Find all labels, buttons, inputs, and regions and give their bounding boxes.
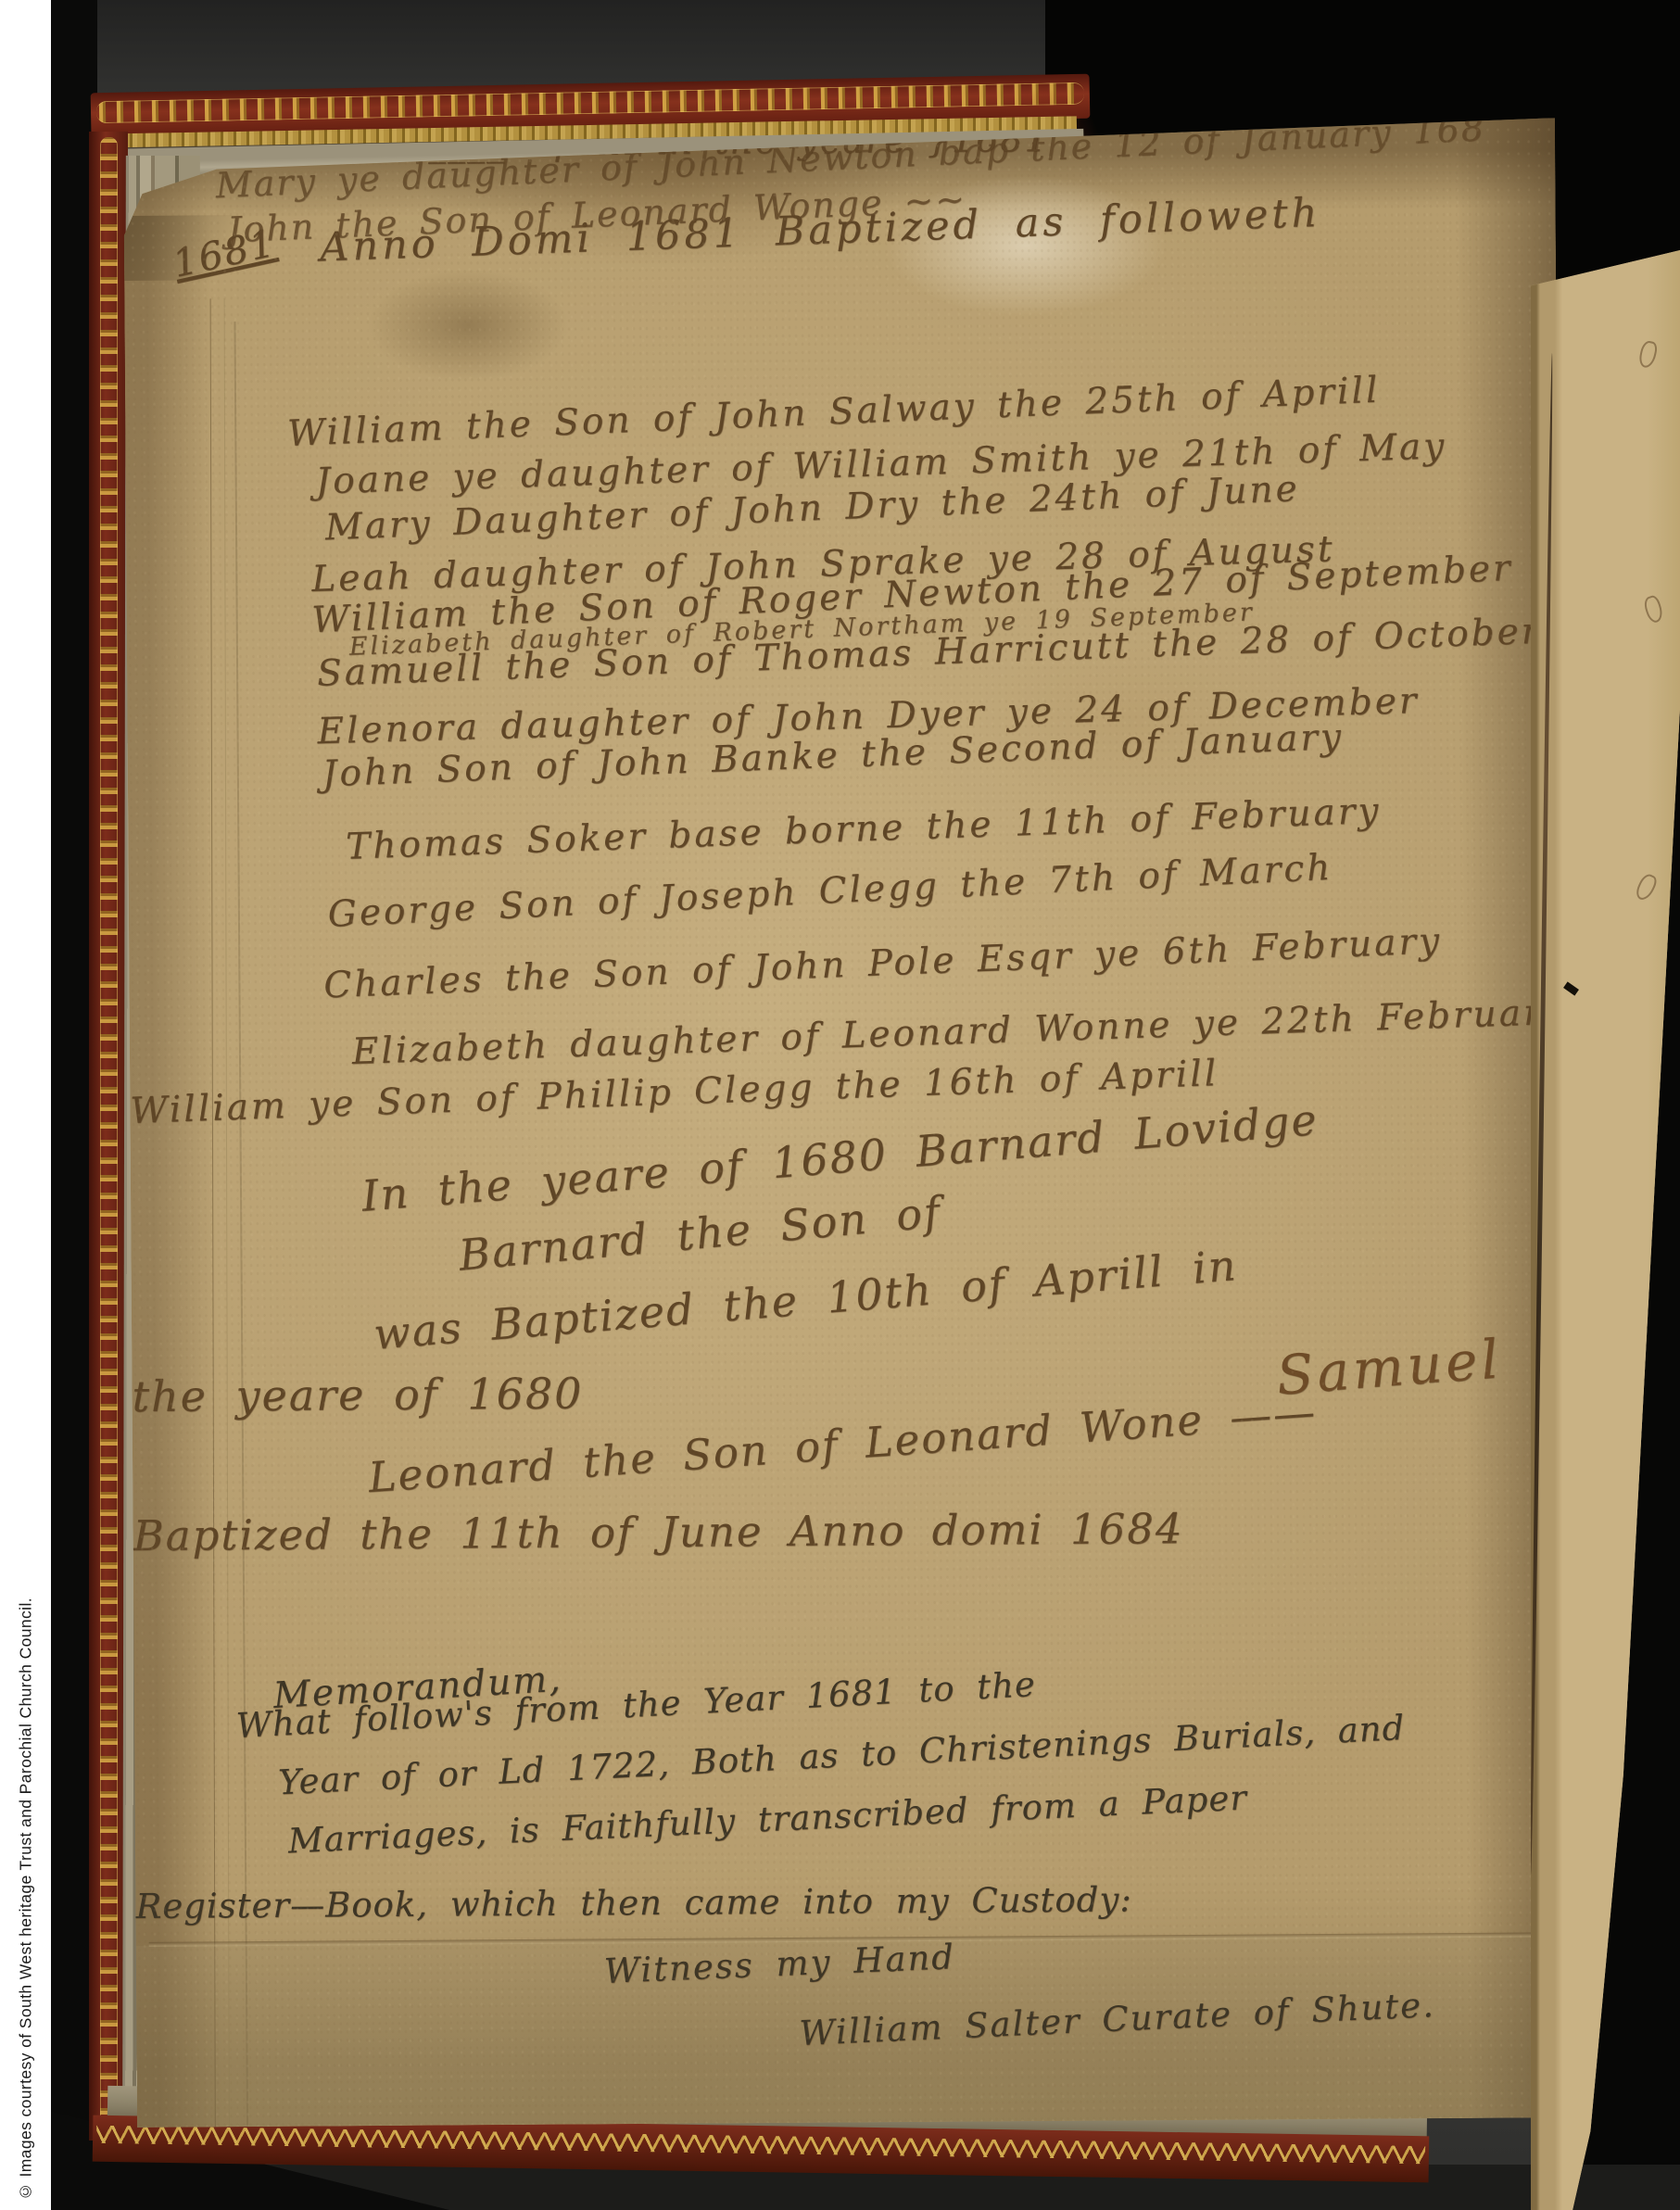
ink-mark: [1637, 340, 1659, 370]
binding-cord-crease: [1529, 353, 1555, 1875]
photograph-of-parish-register: Mary ye daughter of John Newton bap the …: [0, 0, 1680, 2210]
copyright-strip: © Images courtesy of South West heritage…: [0, 0, 51, 2210]
wone-baptism-note: Leonard the Son of Leonard Wone ——Baptiz…: [133, 1463, 1565, 1557]
page-notch: [1563, 982, 1579, 996]
memorandum-line: Register—Book, which then came into my C…: [135, 1879, 1567, 1924]
ink-mark: [1642, 594, 1665, 625]
gold-tooling-chain-left: [100, 137, 118, 2135]
copyright-text: © Images courtesy of South West heritage…: [16, 1598, 35, 2201]
baptism-entries-list: William the Son of John Salway the 25th …: [125, 412, 1561, 1145]
memorandum-body: What follow's from the Year 1681 to theY…: [134, 1704, 1568, 1948]
wone-note-line: Baptized the 11th of June Anno domi 1684: [133, 1505, 1564, 1557]
parchment-page: Mary ye daughter of John Newton bap the …: [123, 118, 1569, 2128]
ink-mark: [1634, 872, 1660, 903]
